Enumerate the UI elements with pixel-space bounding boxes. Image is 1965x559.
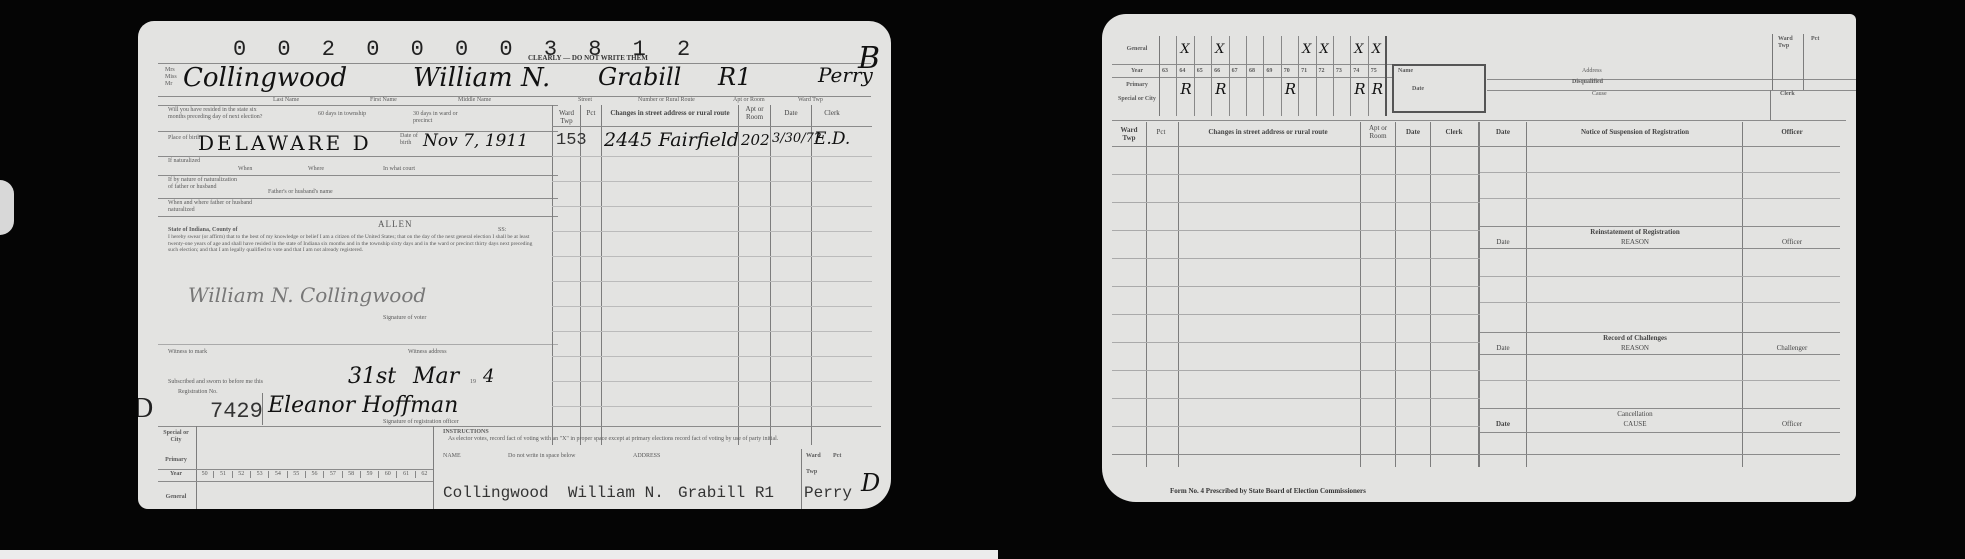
challenges-reason-header: REASON — [1528, 344, 1742, 352]
col-changes: Changes in street address or rural route — [1180, 128, 1356, 136]
col-clerk: Clerk — [1432, 128, 1476, 136]
year-cell: 74 — [1353, 68, 1359, 75]
primary-mark: R — [1372, 80, 1383, 98]
ward-label: Ward Twp — [798, 97, 823, 104]
col-date: Date — [771, 109, 811, 117]
number-or-route: R1 — [718, 63, 751, 91]
year-cell: 60 — [379, 471, 397, 478]
county: ALLEN — [378, 219, 413, 229]
father-husband-label: If by nature of naturalization of father… — [168, 177, 238, 191]
status-sections: Date Notice of Suspension of Registratio… — [1480, 122, 1840, 467]
col-pct: Pct — [581, 109, 601, 117]
year-cell: 68 — [1249, 68, 1255, 75]
change-ward: 153 — [556, 131, 587, 150]
witness-address-label: Witness address — [408, 349, 447, 356]
year-cell: 71 — [1301, 68, 1307, 75]
reinstatement-reason-header: REASON — [1528, 238, 1742, 246]
vote-column: X74R — [1351, 36, 1368, 116]
suspension-notice-header: Notice of Suspension of Registration — [1528, 128, 1742, 136]
general-mark: X — [1372, 42, 1381, 57]
row-label-special: Special or City — [160, 430, 192, 444]
route-label: Number or Rural Route — [638, 97, 695, 104]
row-label-primary: Primary — [160, 457, 192, 464]
year-cell: 54 — [269, 471, 287, 478]
year-cell: 73 — [1336, 68, 1342, 75]
signature-voter-label: Signature of voter — [383, 315, 426, 322]
header-instruction: CLEARLY — DO NOT WRITE THEM — [528, 55, 648, 62]
vote-column: X71 — [1299, 36, 1316, 116]
primary-mark: R — [1285, 80, 1296, 98]
col-ward-twp: Ward Twp — [1114, 126, 1144, 142]
general-mark: X — [1354, 42, 1363, 57]
date-label: Date — [1412, 86, 1424, 93]
registration-number: 7429 — [210, 399, 263, 424]
ward-corner-mark: B — [858, 41, 880, 76]
last-name: Collingwood — [183, 63, 347, 93]
form-footer: Form No. 4 Prescribed by State Board of … — [1170, 488, 1366, 495]
days-ward-label: 30 days in ward or precinct — [413, 111, 473, 125]
change-clerk: E.D. — [814, 129, 850, 149]
salutation: Mrs Miss Mr — [165, 67, 181, 88]
vote-column: X64R — [1177, 36, 1194, 116]
row-label-year: Year — [1117, 68, 1157, 75]
challenges-challenger-header: Challenger — [1744, 344, 1840, 352]
year-cell: 75 — [1371, 68, 1377, 75]
row-label-primary: Primary — [1117, 82, 1157, 89]
voter-signature: William N. Collingwood — [188, 283, 426, 307]
when-label: When — [238, 166, 252, 173]
year-cell: 50 — [196, 471, 214, 478]
sworn-day: 31st — [348, 364, 396, 389]
suspension-date-header: Date — [1480, 128, 1526, 136]
primary-mark: R — [1180, 80, 1191, 98]
what-court-label: In what court — [383, 166, 415, 173]
ward-twp-label: Ward Twp — [1778, 36, 1798, 50]
typed-name: Collingwood William N. — [443, 484, 664, 502]
oath-text: I hereby swear (or affirm) that to the b… — [168, 234, 538, 254]
where-label: Where — [308, 166, 324, 173]
col-pct: Pct — [1146, 128, 1176, 136]
first-name-label: First Name — [370, 97, 397, 104]
vote-column: X75R — [1369, 36, 1385, 116]
father-husband-name-label: Father's or husband's name — [268, 189, 333, 196]
general-mark: X — [1320, 42, 1329, 57]
general-mark: X — [1180, 42, 1189, 57]
place-of-birth: DELAWARE D — [198, 131, 372, 155]
year-cell: 63 — [1162, 68, 1168, 75]
subscribed-label: Subscribed and sworn to before me this — [168, 379, 263, 386]
col-clerk: Clerk — [812, 109, 852, 117]
registration-no-label: Registration No. — [178, 389, 218, 396]
address-label: Address — [1582, 68, 1602, 75]
typed-address: Grabill R1 — [678, 484, 774, 502]
instructions-title: INSTRUCTIONS — [443, 429, 489, 436]
disqualified-label: Disqualified — [1572, 79, 1603, 86]
year-row: 50 51 52 53 54 55 56 57 58 59 60 61 62 — [196, 471, 433, 478]
year-cell: 55 — [288, 471, 306, 478]
row-label-special: Special or City — [1117, 96, 1157, 103]
last-name-label: Last Name — [273, 97, 299, 104]
row-label-general: General — [1117, 46, 1157, 53]
primary-mark: R — [1215, 80, 1226, 98]
general-mark: X — [1302, 42, 1311, 57]
registration-card-back: General Year Primary Special or City 63 … — [1102, 14, 1856, 502]
change-address: 2445 Fairfield — [604, 129, 739, 151]
year-prefix-label: 19 — [470, 379, 476, 386]
cancellation-title: Cancellation — [1528, 410, 1742, 418]
year-cell: 72 — [1319, 68, 1325, 75]
year-cell: 65 — [1197, 68, 1203, 75]
registration-card-front: 0 0 2 0 0 0 0 3 8 1 2 CLEARLY — DO NOT W… — [138, 21, 891, 509]
naturalized-label: If naturalized — [168, 158, 218, 165]
challenges-date-header: Date — [1480, 344, 1526, 352]
row-label-general: General — [160, 494, 192, 501]
officer-signature: Eleanor Hoffman — [268, 393, 458, 418]
state-county-label: State of Indiana, County of — [168, 227, 238, 234]
street: Grabill — [598, 63, 681, 91]
name-date-box: Name Date — [1392, 64, 1486, 113]
suspension-officer-header: Officer — [1744, 128, 1840, 136]
vote-column: X72 — [1317, 36, 1334, 116]
first-name: William N. — [413, 63, 550, 93]
apt-label: Apt or Room — [733, 97, 765, 104]
row-label-year: Year — [160, 471, 192, 478]
witness-mark-label: Witness to mark — [168, 349, 207, 356]
primary-mark: R — [1354, 80, 1365, 98]
reinstatement-officer-header: Officer — [1744, 238, 1840, 246]
year-cell: 52 — [233, 471, 251, 478]
vote-column: 73 — [1334, 36, 1351, 116]
sworn-year: 4 — [483, 366, 494, 387]
days-township-label: 60 days in township — [318, 111, 378, 118]
year-cell: 51 — [214, 471, 232, 478]
year-cell: 59 — [361, 471, 379, 478]
general-mark: X — [1215, 42, 1224, 57]
pct-label: Pct — [1811, 36, 1819, 43]
year-cell: 62 — [416, 471, 433, 478]
twp-bottom-label: Twp — [806, 469, 817, 476]
middle-name-label: Middle Name — [458, 97, 491, 104]
vote-column: 68 — [1247, 36, 1264, 116]
vote-column: 63 — [1160, 36, 1177, 116]
year-cell: 69 — [1266, 68, 1272, 75]
change-apt: 202 — [741, 131, 770, 149]
col-apt: Apt or Room — [1362, 124, 1394, 140]
instructions-text: As elector votes, record fact of voting … — [448, 436, 868, 443]
cancellation-date-header: Date — [1480, 420, 1526, 428]
year-cell: 70 — [1284, 68, 1290, 75]
col-apt: Apt or Room — [739, 105, 770, 121]
vote-column: 65 — [1195, 36, 1212, 116]
col-ward-twp: Ward Twp — [553, 109, 580, 125]
col-date: Date — [1396, 128, 1430, 136]
scan-edge-strip — [0, 550, 998, 559]
date-of-birth-label: Date of birth — [400, 133, 422, 147]
clerk-label: Clerk — [1780, 91, 1795, 98]
year-cell: 61 — [397, 471, 415, 478]
year-cell: 58 — [343, 471, 361, 478]
cause-label: Cause — [1592, 91, 1607, 98]
date-of-birth: Nov 7, 1911 — [423, 131, 528, 151]
vote-column: 69 — [1264, 36, 1281, 116]
typed-mark: D — [861, 469, 880, 497]
do-not-write-label: Do not write in space below — [508, 453, 575, 460]
cancellation-cause-header: CAUSE — [1528, 420, 1742, 428]
year-cell: 64 — [1179, 68, 1185, 75]
col-changes: Changes in street address or rural route — [602, 109, 738, 117]
ward-pct-box: Ward Twp Pct — [1772, 34, 1848, 90]
resided-state-label: Will you have resided in the state six m… — [168, 107, 268, 121]
name-label: NAME — [443, 453, 461, 460]
address-label: ADDRESS — [633, 453, 660, 460]
year-cell: 57 — [324, 471, 342, 478]
challenges-title: Record of Challenges — [1528, 334, 1742, 342]
year-cell: 56 — [306, 471, 324, 478]
back-vote-grid: 63 X64R 65 X66R 67 68 69 70R X71 X72 73 … — [1159, 36, 1387, 116]
vote-column: 67 — [1230, 36, 1247, 116]
year-cell: 67 — [1232, 68, 1238, 75]
registration-letter: D — [138, 393, 153, 425]
typed-ward: Perry — [804, 484, 852, 502]
ss-label: SS: — [498, 227, 506, 234]
ward-bottom-label: Ward — [806, 453, 821, 460]
scan-artifact — [0, 180, 14, 235]
vote-column: X66R — [1212, 36, 1229, 116]
year-cell: 53 — [251, 471, 269, 478]
vote-column: 70R — [1282, 36, 1299, 116]
when-where-father-label: When and where father or husband natural… — [168, 200, 258, 214]
street-label: Street — [578, 97, 592, 104]
pct-bottom-label: Pct — [833, 453, 841, 460]
name-label: Name — [1398, 68, 1413, 75]
cancellation-officer-header: Officer — [1744, 420, 1840, 428]
year-cell: 66 — [1214, 68, 1220, 75]
changes-table: Ward Twp Pct Changes in street address o… — [1112, 122, 1492, 467]
reinstatement-title: Reinstatement of Registration — [1528, 228, 1742, 236]
reinstatement-date-header: Date — [1480, 238, 1526, 246]
signature-officer-label: Signature of registration officer — [383, 419, 459, 426]
sworn-month: Mar — [413, 364, 459, 389]
